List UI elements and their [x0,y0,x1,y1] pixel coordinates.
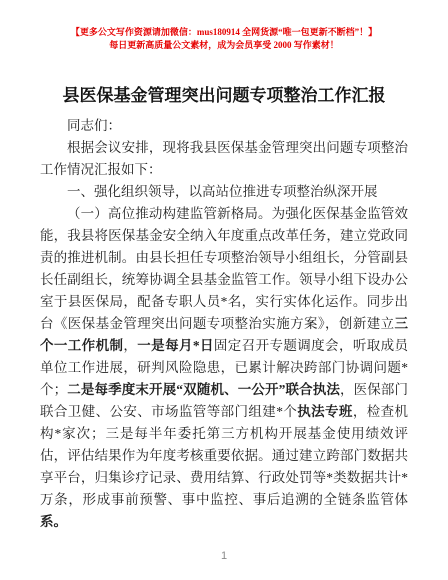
document-page: 【更多公文写作资源请加微信：mus180914 全网货源“唯一包更新不断档”！】… [0,0,448,580]
promo-line-1: 【更多公文写作资源请加微信：mus180914 全网货源“唯一包更新不断档”！】 [0,26,448,39]
text-run: ， [123,338,137,353]
promo-banner: 【更多公文写作资源请加微信：mus180914 全网货源“唯一包更新不断档”！】… [0,0,448,52]
promo-line-2: 每日更新高质量公文素材，成为会员享受 2000 写作素材！ [0,39,448,52]
text-run: ，检查机构*家次；三是每半年委托第三方机构开展基金使用绩效评估，评估结果作为年度… [40,404,408,507]
paragraph: 同志们： [40,115,408,137]
paragraph: （一）高位推动构建监管新格局。为强化医保基金监管效能，我县将医保基金安全纳入年度… [40,203,408,533]
page-title: 县医保基金管理突出问题专项整治工作汇报 [28,85,420,107]
page-number: 1 [0,550,448,562]
text-run: 根据会议安排，现将我县医保基金管理突出问题专项整治工作情况汇报如下： [40,140,408,177]
paragraph: 根据会议安排，现将我县医保基金管理突出问题专项整治工作情况汇报如下： [40,137,408,181]
bold-text-run: 二是每季度末开展“双随机、一公开”联合执法 [67,382,340,397]
bold-text-run: 系。 [40,514,67,529]
document-body: 同志们：根据会议安排，现将我县医保基金管理突出问题专项整治工作情况汇报如下：一、… [40,115,408,533]
bold-text-run: 一是每月*日 [137,338,214,353]
section-heading: 一、强化组织领导，以高站位推进专项整治纵深开展 [40,181,408,203]
text-run: 一、强化组织领导，以高站位推进专项整治纵深开展 [67,184,378,199]
text-run: （一）高位推动构建监管新格局。为强化医保基金监管效能，我县将医保基金安全纳入年度… [40,206,408,331]
text-run: 同志们： [67,118,121,133]
bold-text-run: 执法专班 [297,404,353,419]
